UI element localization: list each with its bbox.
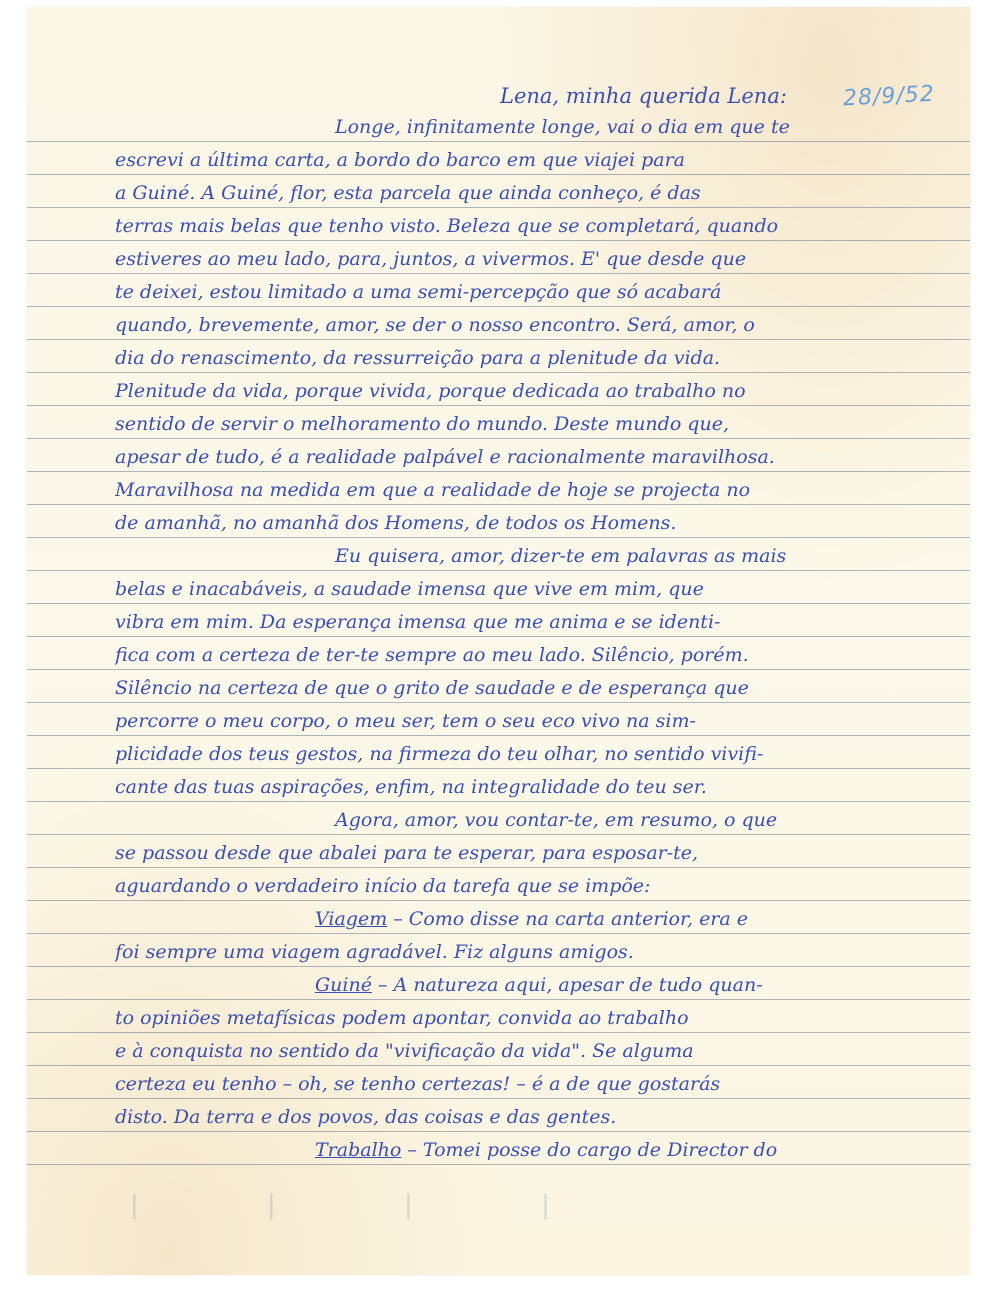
letter-date: 28/9/52 xyxy=(842,82,935,112)
line-text: foi sempre uma viagem agradável. Fiz alg… xyxy=(115,941,634,963)
line-text: terras mais belas que tenho visto. Belez… xyxy=(115,215,778,237)
line-text: e à conquista no sentido da "vivificação… xyxy=(115,1040,694,1062)
line-text: to opiniões metafísicas podem apontar, c… xyxy=(115,1007,689,1029)
line-text: plicidade dos teus gestos, na firmeza do… xyxy=(115,743,763,765)
line-text: Eu quisera, amor, dizer-te em palavras a… xyxy=(335,545,786,567)
letter-body: Longe, infinitamente longe, vai o dia em… xyxy=(115,111,960,1167)
line-text: – Como disse na carta anterior, era e xyxy=(387,908,748,930)
line-text: vibra em mim. Da esperança imensa que me… xyxy=(115,611,720,633)
line-text: – A natureza aqui, apesar de tudo quan- xyxy=(372,974,763,996)
letter-line: percorre o meu corpo, o meu ser, tem o s… xyxy=(115,705,960,738)
letter-line: certeza eu tenho – oh, se tenho certezas… xyxy=(115,1068,960,1101)
line-text: disto. Da terra e dos povos, das coisas … xyxy=(115,1106,616,1128)
line-text: – Tomei posse do cargo de Director do xyxy=(401,1139,777,1161)
line-text: Agora, amor, vou contar-te, em resumo, o… xyxy=(335,809,777,831)
section-heading: Trabalho xyxy=(315,1139,401,1161)
letter-line: plicidade dos teus gestos, na firmeza do… xyxy=(115,738,960,771)
letter-line: apesar de tudo, é a realidade palpável e… xyxy=(115,441,960,474)
line-text: de amanhã, no amanhã dos Homens, de todo… xyxy=(115,512,676,534)
letter-line: disto. Da terra e dos povos, das coisas … xyxy=(115,1101,960,1134)
letter-line: Eu quisera, amor, dizer-te em palavras a… xyxy=(115,540,960,573)
line-text: Plenitude da vida, porque vivida, porque… xyxy=(115,380,746,402)
line-text: apesar de tudo, é a realidade palpável e… xyxy=(115,446,775,468)
letter-line: dia do renascimento, da ressurreição par… xyxy=(115,342,960,375)
letter-line: estiveres ao meu lado, para, juntos, a v… xyxy=(115,243,960,276)
line-text: sentido de servir o melhoramento do mund… xyxy=(115,413,729,435)
letter-greeting: Lena, minha querida Lena: xyxy=(500,84,787,108)
line-text: Silêncio na certeza de que o grito de sa… xyxy=(115,677,749,699)
line-text: Maravilhosa na medida em que a realidade… xyxy=(115,479,750,501)
line-text: cante das tuas aspirações, enfim, na int… xyxy=(115,776,707,798)
line-text: quando, brevemente, amor, se der o nosso… xyxy=(115,314,755,336)
letter-line: belas e inacabáveis, a saudade imensa qu… xyxy=(115,573,960,606)
line-text: percorre o meu corpo, o meu ser, tem o s… xyxy=(115,710,696,732)
letter-line: terras mais belas que tenho visto. Belez… xyxy=(115,210,960,243)
line-text: certeza eu tenho – oh, se tenho certezas… xyxy=(115,1073,720,1095)
bleed-through-marks: | | | | xyxy=(130,1190,690,1230)
line-text: escrevi a última carta, a bordo do barco… xyxy=(115,149,685,171)
letter-line: se passou desde que abalei para te esper… xyxy=(115,837,960,870)
letter-line: Plenitude da vida, porque vivida, porque… xyxy=(115,375,960,408)
letter-line: de amanhã, no amanhã dos Homens, de todo… xyxy=(115,507,960,540)
letter-line: a Guiné. A Guiné, flor, esta parcela que… xyxy=(115,177,960,210)
line-text: fica com a certeza de ter-te sempre ao m… xyxy=(115,644,749,666)
letter-line: cante das tuas aspirações, enfim, na int… xyxy=(115,771,960,804)
line-text: Longe, infinitamente longe, vai o dia em… xyxy=(335,116,790,138)
letter-line: te deixei, estou limitado a uma semi-per… xyxy=(115,276,960,309)
line-text: dia do renascimento, da ressurreição par… xyxy=(115,347,720,369)
letter-line: sentido de servir o melhoramento do mund… xyxy=(115,408,960,441)
letter-line: fica com a certeza de ter-te sempre ao m… xyxy=(115,639,960,672)
letter-line: Guiné – A natureza aqui, apesar de tudo … xyxy=(115,969,960,1002)
line-text: se passou desde que abalei para te esper… xyxy=(115,842,698,864)
line-text: aguardando o verdadeiro início da tarefa… xyxy=(115,875,650,897)
letter-line: e à conquista no sentido da "vivificação… xyxy=(115,1035,960,1068)
section-heading: Viagem xyxy=(315,908,387,930)
section-heading: Guiné xyxy=(315,974,372,996)
letter-line: Longe, infinitamente longe, vai o dia em… xyxy=(115,111,960,144)
letter-line: aguardando o verdadeiro início da tarefa… xyxy=(115,870,960,903)
letter-line: escrevi a última carta, a bordo do barco… xyxy=(115,144,960,177)
letter-line: Maravilhosa na medida em que a realidade… xyxy=(115,474,960,507)
letter-line: Silêncio na certeza de que o grito de sa… xyxy=(115,672,960,705)
letter-line: Viagem – Como disse na carta anterior, e… xyxy=(115,903,960,936)
line-text: estiveres ao meu lado, para, juntos, a v… xyxy=(115,248,746,270)
letter-line: Trabalho – Tomei posse do cargo de Direc… xyxy=(115,1134,960,1167)
letter-line: quando, brevemente, amor, se der o nosso… xyxy=(115,309,960,342)
letter-line: foi sempre uma viagem agradável. Fiz alg… xyxy=(115,936,960,969)
letter-line: to opiniões metafísicas podem apontar, c… xyxy=(115,1002,960,1035)
letter-line: vibra em mim. Da esperança imensa que me… xyxy=(115,606,960,639)
line-text: a Guiné. A Guiné, flor, esta parcela que… xyxy=(115,182,701,204)
letter-line: Agora, amor, vou contar-te, em resumo, o… xyxy=(115,804,960,837)
line-text: belas e inacabáveis, a saudade imensa qu… xyxy=(115,578,704,600)
line-text: te deixei, estou limitado a uma semi-per… xyxy=(115,281,721,303)
